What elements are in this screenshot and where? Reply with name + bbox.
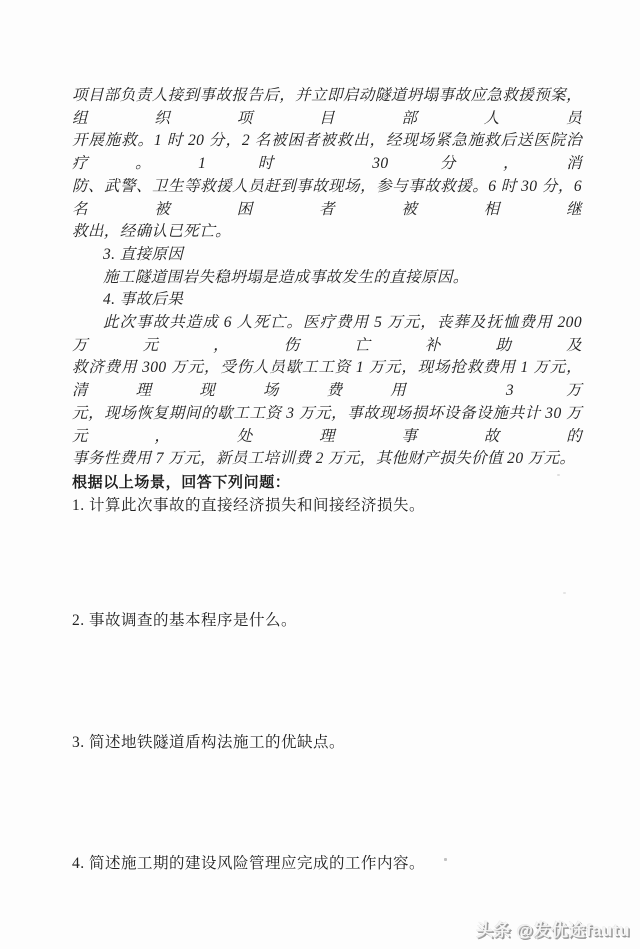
scenario-section-heading: 4. 事故后果 bbox=[72, 289, 582, 312]
scenario-line: 此次事故共造成 6 人死亡。医疗费用 5 万元，丧葬及抚恤费用 200 万元，伤… bbox=[72, 312, 582, 357]
scenario-line: 开展施救。1 时 20 分，2 名被困者被救出，经现场紧急施救后送医院治疗。1 … bbox=[72, 130, 582, 175]
document-page: 项目部负责人接到事故报告后，并立即启动隧道坍塌事故应急救援预案，组织项目部人员 … bbox=[0, 0, 640, 949]
scenario-line: 元，现场恢复期间的歇工工资 3 万元，事故现场损坏设备设施共计 30 万元，处理… bbox=[72, 403, 582, 448]
scan-speck bbox=[444, 858, 447, 861]
scenario-line: 救济费用 300 万元，受伤人员歇工工资 1 万元，现场抢救费用 1 万元，清理… bbox=[72, 357, 582, 402]
watermark: 头条 @发优途fautu bbox=[476, 916, 630, 941]
question-3: 3. 简述地铁隧道盾构法施工的优缺点。 bbox=[72, 731, 582, 754]
page-content: 项目部负责人接到事故报告后，并立即启动隧道坍塌事故应急救援预案，组织项目部人员 … bbox=[72, 85, 582, 875]
scenario-line: 防、武警、卫生等救援人员赶到事故现场，参与事故救援。6 时 30 分，6 名被困… bbox=[72, 176, 582, 221]
question-4: 4. 简述施工期的建设风险管理应完成的工作内容。 bbox=[72, 852, 582, 875]
questions-heading: 根据以上场景，回答下列问题： bbox=[72, 471, 582, 494]
question-2: 2. 事故调查的基本程序是什么。 bbox=[72, 609, 582, 632]
scenario-line: 项目部负责人接到事故报告后，并立即启动隧道坍塌事故应急救援预案，组织项目部人员 bbox=[72, 85, 582, 130]
scenario-text: 项目部负责人接到事故报告后，并立即启动隧道坍塌事故应急救援预案，组织项目部人员 … bbox=[72, 85, 582, 471]
scenario-line: 施工隧道围岩失稳坍塌是造成事故发生的直接原因。 bbox=[72, 267, 582, 290]
scenario-section-heading: 3. 直接原因 bbox=[72, 244, 582, 267]
scenario-line: 救出，经确认已死亡。 bbox=[72, 221, 582, 244]
scan-speck bbox=[557, 474, 560, 476]
question-1: 1. 计算此次事故的直接经济损失和间接经济损失。 bbox=[72, 494, 582, 517]
scan-speck bbox=[563, 592, 566, 594]
scenario-line: 事务性费用 7 万元，新员工培训费 2 万元，其他财产损失价值 20 万元。 bbox=[72, 448, 582, 471]
